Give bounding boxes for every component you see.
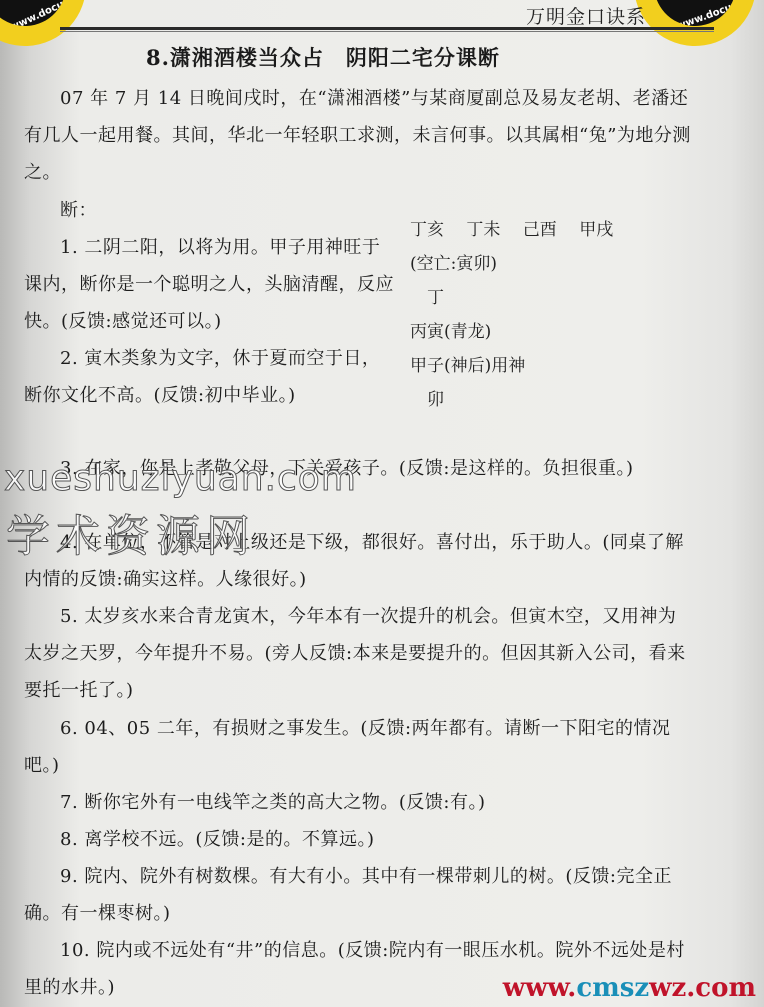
judgement-item-8: 8. 离学校不远。(反馈:是的。不算远。) [24, 821, 694, 858]
watermark-url-part1: www. [503, 973, 577, 1003]
section-title: 8.潇湘酒楼当众占 阴阳二宅分课断 [146, 42, 500, 72]
divination-chart: 丁亥 丁未 己酉 甲戌 (空亡:寅卯) 丁 丙寅(青龙) 甲子(神后)用神 卯 [410, 213, 670, 417]
watermark-url-part3: wz.com [649, 973, 756, 1003]
chart-line-mao: 卯 [410, 383, 670, 417]
judgement-item-5: 5. 太岁亥水来合青龙寅木，今年本有一次提升的机会。但寅木空，又用神为太岁之天罗… [24, 598, 694, 709]
header-rule-thin [60, 31, 714, 32]
watermark-site-cn: 学术资源网 [6, 500, 256, 564]
header-rule [60, 27, 714, 30]
chart-line-top: 丁 [410, 281, 670, 315]
scanned-book-page: www.docu-track.com www.docu-track.com 万明… [0, 0, 764, 1007]
judgement-item-9: 9. 院内、院外有树数棵。有大有小。其中有一棵带刺儿的树。(反馈:完全正确。有一… [24, 858, 694, 932]
watermark-site-latin: xueshuziyuan.com [4, 458, 357, 499]
chart-line-jia-zi: 甲子(神后)用神 [410, 349, 670, 383]
running-header: 万明金口诀系 [526, 2, 646, 29]
badge-text: www.docu-track.com [0, 0, 79, 39]
judgement-item-1: 1. 二阴二阳，以将为用。甲子用神旺于课内，断你是一个聪明之人，头脑清醒，反应快… [24, 229, 394, 340]
judgement-item-7: 7. 断你宅外有一电线竿之类的高大之物。(反馈:有。) [24, 784, 694, 821]
judgement-item-2: 2. 寅木类象为文字，休于夏而空于日，断你文化不高。(反馈:初中毕业。) [24, 340, 394, 414]
chart-line-bing-yin: 丙寅(青龙) [410, 315, 670, 349]
intro-paragraph: 07 年 7 月 14 日晚间戌时，在“潇湘酒楼”与某商厦副总及易友老胡、老潘还… [24, 80, 694, 191]
watermark-url-part2: cmsz [576, 973, 649, 1003]
judgement-item-6: 6. 04、05 二年，有损财之事发生。(反馈:两年都有。请断一下阳宅的情况吧。… [24, 710, 694, 784]
watermark-url: www.cmszwz.com [503, 973, 756, 1003]
chart-line-void: (空亡:寅卯) [410, 247, 670, 281]
chart-line-pillars: 丁亥 丁未 己酉 甲戌 [410, 213, 670, 247]
